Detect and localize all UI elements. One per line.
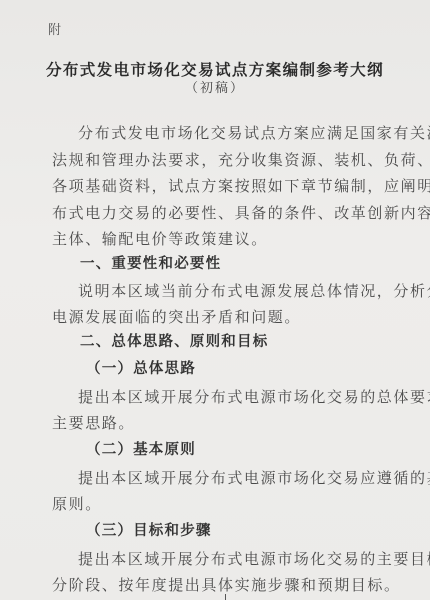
document-subtitle: （初稿）: [0, 80, 430, 98]
intro-line: 分布式发电市场化交易试点方案应满足国家有关法律: [78, 124, 430, 142]
subsection1-line: 提出本区域开展分布式电源市场化交易的总体要求和: [78, 388, 430, 406]
section1-line: 电源发展面临的突出矛盾和问题。: [52, 308, 301, 326]
section-heading-2: 二、总体思路、原则和目标: [80, 333, 268, 351]
subsection-heading-3: （三）目标和步骤: [86, 522, 212, 540]
intro-line: 主体、输配电价等政策建议。: [52, 230, 268, 248]
subsection3-line: 提出本区域开展分布式电源市场化交易的主要目标，可: [78, 550, 430, 568]
intro-line: 各项基础资料，试点方案按照如下章节编制，应阐明开展分: [52, 177, 430, 195]
subsection3-line: 分阶段、按年度提出具体实施步骤和预期目标。: [52, 576, 401, 594]
page-number-mark: [225, 594, 226, 600]
subsection-heading-2: （二）基本原则: [86, 441, 196, 459]
document-title: 分布式发电市场化交易试点方案编制参考大纲: [0, 61, 430, 79]
intro-line: 布式电力交易的必要性、具备的条件、改革创新内容、实施: [52, 204, 430, 222]
subsection2-line: 原则。: [52, 495, 102, 513]
intro-line: 法规和管理办法要求，充分收集资源、装机、负荷、电价等: [52, 151, 430, 169]
section-heading-1: 一、重要性和必要性: [80, 255, 221, 273]
subsection2-line: 提出本区域开展分布式电源市场化交易应遵循的基本: [78, 469, 430, 487]
subsection-heading-1: （一）总体思路: [86, 360, 196, 378]
document-page: 附 分布式发电市场化交易试点方案编制参考大纲 （初稿） 分布式发电市场化交易试点…: [0, 0, 430, 600]
annex-label: 附: [48, 22, 63, 40]
section1-line: 说明本区域当前分布式电源发展总体情况，分析分布式: [78, 282, 430, 300]
subsection1-line: 主要思路。: [52, 414, 135, 432]
